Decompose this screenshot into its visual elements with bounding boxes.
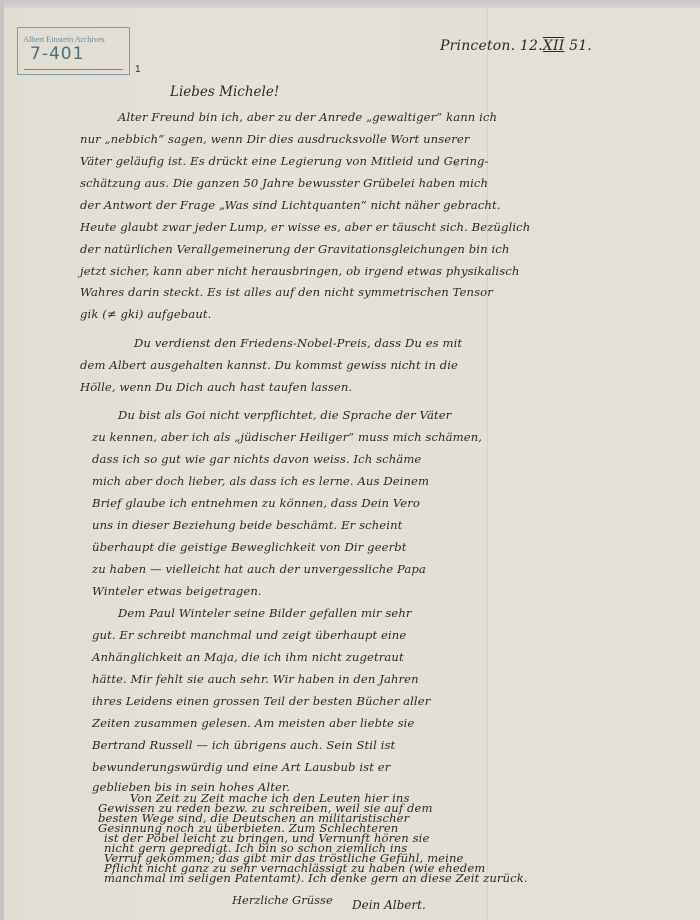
scanner-left-edge xyxy=(0,0,4,920)
letter-line: jetzt sicher, kann aber nicht herausbrin… xyxy=(80,266,519,278)
letter-line: ihres Leidens einen grossen Teil der bes… xyxy=(92,696,430,708)
archive-stamp-number: 7-401 xyxy=(30,44,84,64)
letter-line: gik (≠ gki) aufgebaut. xyxy=(80,309,211,321)
letter-line: mich aber doch lieber, als dass ich es l… xyxy=(92,476,429,488)
letter-line: Dem Paul Winteler seine Bilder gefallen … xyxy=(118,608,412,620)
letter-line: manchmal im seligen Patentamt). Ich denk… xyxy=(104,873,528,885)
letter-line: schätzung aus. Die ganzen 50 Jahre bewus… xyxy=(80,178,488,190)
letter-line: nur „nebbich“ sagen, wenn Dir dies ausdr… xyxy=(80,134,469,146)
letter-line: der Antwort der Frage „Was sind Lichtqua… xyxy=(80,200,501,212)
letter-line: uns in dieser Beziehung beide beschämt. … xyxy=(92,520,402,532)
letter-line: Zeiten zusammen gelesen. Am meisten aber… xyxy=(92,718,414,730)
scanner-top-edge xyxy=(0,0,700,8)
letter-line: zu kennen, aber ich als „jüdischer Heili… xyxy=(92,432,482,444)
letter-line: dass ich so gut wie gar nichts davon wei… xyxy=(92,454,421,466)
salutation: Liebes Michele! xyxy=(170,84,279,100)
letter-line: Heute glaubt zwar jeder Lump, er wisse e… xyxy=(80,222,530,234)
letter-line: Anhänglichkeit an Maja, die ich ihm nich… xyxy=(92,652,404,664)
dateline: Princeton. 12.XII 51. xyxy=(440,38,592,54)
paper-fold-line xyxy=(487,8,488,920)
signature: Dein Albert. xyxy=(352,898,426,912)
letter-line: Du bist als Goi nicht verpflichtet, die … xyxy=(118,410,451,422)
letter-line: gut. Er schreibt manchmal und zeigt über… xyxy=(92,630,406,642)
letter-line: hätte. Mir fehlt sie auch sehr. Wir habe… xyxy=(92,674,419,686)
archive-stamp-rule xyxy=(24,69,123,70)
letter-line: Bertrand Russell — ich übrigens auch. Se… xyxy=(92,740,395,752)
dateline-month: XII xyxy=(543,38,565,54)
archive-stamp-title: Albert Einstein Archives xyxy=(23,34,105,44)
letter-line: Väter geläufig ist. Es drückt eine Legie… xyxy=(80,156,489,168)
scanned-letter: Albert Einstein Archives 7-401 1 Princet… xyxy=(0,0,700,920)
archive-stamp: Albert Einstein Archives 7-401 xyxy=(17,27,130,75)
letter-line: Hölle, wenn Du Dich auch hast taufen las… xyxy=(80,382,352,394)
letter-line: zu haben — vielleicht hat auch der unver… xyxy=(92,564,426,576)
page-number: 1 xyxy=(135,64,141,75)
dateline-day: 12. xyxy=(520,38,543,54)
letter-line: der natürlichen Verallgemeinerung der Gr… xyxy=(80,244,509,256)
letter-line: Winteler etwas beigetragen. xyxy=(92,586,262,598)
letter-line: dem Albert ausgehalten kannst. Du kommst… xyxy=(80,360,458,372)
letter-line: Alter Freund bin ich, aber zu der Anrede… xyxy=(118,112,497,124)
letter-line: überhaupt die geistige Beweglichkeit von… xyxy=(92,542,407,554)
dateline-place: Princeton. xyxy=(440,38,515,54)
letter-line: Brief glaube ich entnehmen zu können, da… xyxy=(92,498,420,510)
closing: Herzliche Grüsse xyxy=(232,893,333,907)
letter-line: Du verdienst den Friedens-Nobel-Preis, d… xyxy=(134,338,462,350)
letter-line: Wahres darin steckt. Es ist alles auf de… xyxy=(80,287,493,299)
letter-line: bewunderungswürdig und eine Art Lausbub … xyxy=(92,762,390,774)
dateline-year: 51. xyxy=(569,38,592,54)
